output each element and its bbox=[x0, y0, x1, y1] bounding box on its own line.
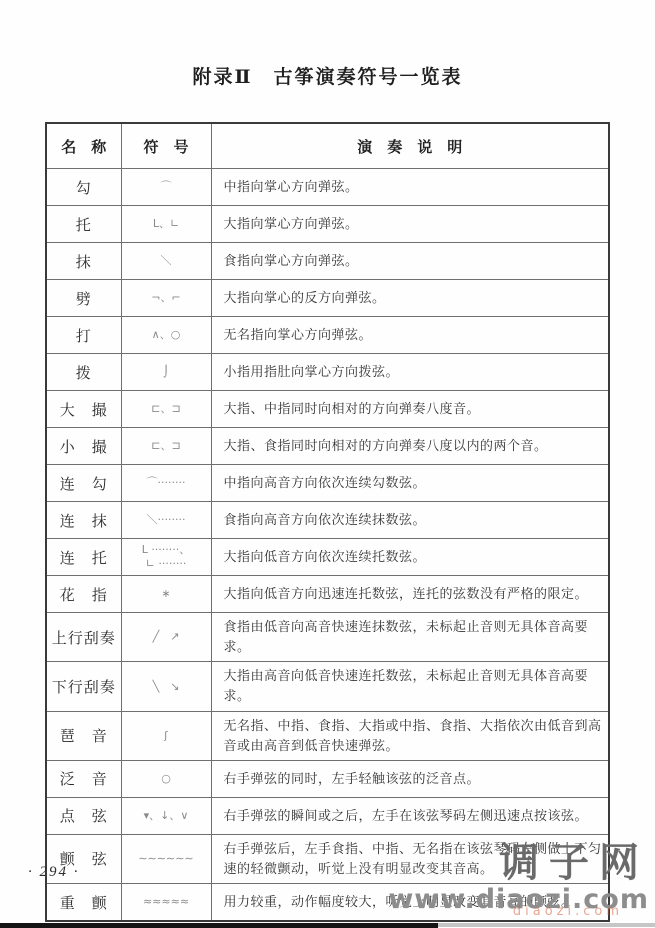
description-cell: 中指向高音方向依次连续勾数弦。 bbox=[211, 465, 609, 502]
table-row: 颤 弦∼∼∼∼∼∼右手弹弦后，左手食指、中指、无名指在该弦琴码左侧做上下匀速的轻… bbox=[46, 834, 609, 883]
description-cell: 大指、食指同时向相对的方向弹奏八度以内的两个音。 bbox=[211, 428, 609, 465]
table-row: 下行刮奏╲ ↘大指由高音向低音快速连托数弦，未标起止音则无具体音高要求。 bbox=[46, 662, 609, 711]
name-cell: 泛 音 bbox=[46, 760, 121, 797]
symbol-cell: ∼∼∼∼∼∼ bbox=[121, 834, 211, 883]
table-row: 小 撮⊏、⊐大指、食指同时向相对的方向弹奏八度以内的两个音。 bbox=[46, 428, 609, 465]
table-row: 抹＼食指向掌心方向弹弦。 bbox=[46, 243, 609, 280]
name-cell: 重 颤 bbox=[46, 884, 121, 922]
description-cell: 中指向掌心方向弹弦。 bbox=[211, 169, 609, 206]
table-row: 劈¬、⌐大指向掌心的反方向弹弦。 bbox=[46, 280, 609, 317]
symbol-cell: ¬、⌐ bbox=[121, 280, 211, 317]
table-row: 勾⌒中指向掌心方向弹弦。 bbox=[46, 169, 609, 206]
symbol-cell: ∗ bbox=[121, 576, 211, 613]
table-row: 大 撮⊏、⊐大指、中指同时向相对的方向弹奏八度音。 bbox=[46, 391, 609, 428]
name-cell: 琶 音 bbox=[46, 711, 121, 760]
symbol-cell: L、∟ bbox=[121, 206, 211, 243]
description-cell: 大指由高音向低音快速连托数弦，未标起止音则无具体音高要求。 bbox=[211, 662, 609, 711]
symbol-cell: ╱ ↗ bbox=[121, 613, 211, 662]
guzheng-symbols-table: 名 称 符 号 演 奏 说 明 勾⌒中指向掌心方向弹弦。托L、∟大指向掌心方向弹… bbox=[45, 122, 610, 922]
description-cell: 大指向掌心的反方向弹弦。 bbox=[211, 280, 609, 317]
description-cell: 大指向低音方向迅速连托数弦，连托的弦数没有严格的限定。 bbox=[211, 576, 609, 613]
symbol-cell: ＼········ bbox=[121, 502, 211, 539]
table-row: 连 抹＼········食指向高音方向依次连续抹数弦。 bbox=[46, 502, 609, 539]
description-cell: 食指向高音方向依次连续抹数弦。 bbox=[211, 502, 609, 539]
name-cell: 连 勾 bbox=[46, 465, 121, 502]
scan-edge-dark-line bbox=[0, 923, 438, 928]
page-title: 附录Ⅱ 古筝演奏符号一览表 bbox=[0, 62, 655, 89]
name-cell: 连 托 bbox=[46, 539, 121, 576]
symbol-cell: ⌡ bbox=[121, 354, 211, 391]
description-cell: 小指用指肚向掌心方向拨弦。 bbox=[211, 354, 609, 391]
table-row: 重 颤≈≈≈≈≈用力较重，动作幅度较大，听觉上明显改变其音高的颤弦。 bbox=[46, 884, 609, 922]
description-cell: 右手弹弦后，左手食指、中指、无名指在该弦琴码左侧做上下匀速的轻微颤动，听觉上没有… bbox=[211, 834, 609, 883]
description-cell: 大指向低音方向依次连续托数弦。 bbox=[211, 539, 609, 576]
table-row: 拨⌡小指用指肚向掌心方向拨弦。 bbox=[46, 354, 609, 391]
symbol-cell: ⊏、⊐ bbox=[121, 428, 211, 465]
name-cell: 劈 bbox=[46, 280, 121, 317]
symbol-cell: L ········、 ∟ ········ bbox=[121, 539, 211, 576]
description-cell: 食指由低音向高音快速连抹数弦，未标起止音则无具体音高要求。 bbox=[211, 613, 609, 662]
table-row: 上行刮奏╱ ↗食指由低音向高音快速连抹数弦，未标起止音则无具体音高要求。 bbox=[46, 613, 609, 662]
scan-edge-light-line bbox=[438, 923, 655, 927]
name-cell: 托 bbox=[46, 206, 121, 243]
name-cell: 连 抹 bbox=[46, 502, 121, 539]
table-row: 花 指∗大指向低音方向迅速连托数弦，连托的弦数没有严格的限定。 bbox=[46, 576, 609, 613]
table-row: 托L、∟大指向掌心方向弹弦。 bbox=[46, 206, 609, 243]
description-cell: 大指向掌心方向弹弦。 bbox=[211, 206, 609, 243]
col-header-description: 演 奏 说 明 bbox=[211, 123, 609, 169]
name-cell: 花 指 bbox=[46, 576, 121, 613]
description-cell: 右手弹弦的瞬间或之后，左手在该弦琴码左侧迅速点按该弦。 bbox=[211, 797, 609, 834]
symbol-cell: ⌒········ bbox=[121, 465, 211, 502]
symbol-cell: ⌒ bbox=[121, 169, 211, 206]
table-row: 泛 音○右手弹弦的同时，左手轻触该弦的泛音点。 bbox=[46, 760, 609, 797]
table-row: 琶 音ʃ无名指、中指、食指、大指或中指、食指、大指依次由低音到高音或由高音到低音… bbox=[46, 711, 609, 760]
name-cell: 小 撮 bbox=[46, 428, 121, 465]
table-row: 连 托L ········、 ∟ ········大指向低音方向依次连续托数弦。 bbox=[46, 539, 609, 576]
table-header-row: 名 称 符 号 演 奏 说 明 bbox=[46, 123, 609, 169]
name-cell: 抹 bbox=[46, 243, 121, 280]
description-cell: 无名指、中指、食指、大指或中指、食指、大指依次由低音到高音或由高音到低音快速弹弦… bbox=[211, 711, 609, 760]
symbol-cell: ▾、↓、∨ bbox=[121, 797, 211, 834]
symbol-cell: ʃ bbox=[121, 711, 211, 760]
col-header-name: 名 称 bbox=[46, 123, 121, 169]
description-cell: 大指、中指同时向相对的方向弹奏八度音。 bbox=[211, 391, 609, 428]
symbol-cell: ≈≈≈≈≈ bbox=[121, 884, 211, 922]
name-cell: 点 弦 bbox=[46, 797, 121, 834]
page-number: · 294 · bbox=[28, 864, 80, 881]
col-header-symbol: 符 号 bbox=[121, 123, 211, 169]
name-cell: 拨 bbox=[46, 354, 121, 391]
description-cell: 食指向掌心方向弹弦。 bbox=[211, 243, 609, 280]
name-cell: 上行刮奏 bbox=[46, 613, 121, 662]
table-row: 打∧、○无名指向掌心方向弹弦。 bbox=[46, 317, 609, 354]
symbol-cell: ＼ bbox=[121, 243, 211, 280]
table-row: 点 弦▾、↓、∨右手弹弦的瞬间或之后，左手在该弦琴码左侧迅速点按该弦。 bbox=[46, 797, 609, 834]
name-cell: 大 撮 bbox=[46, 391, 121, 428]
name-cell: 打 bbox=[46, 317, 121, 354]
description-cell: 用力较重，动作幅度较大，听觉上明显改变其音高的颤弦。 bbox=[211, 884, 609, 922]
name-cell: 勾 bbox=[46, 169, 121, 206]
symbol-cell: ∧、○ bbox=[121, 317, 211, 354]
description-cell: 右手弹弦的同时，左手轻触该弦的泛音点。 bbox=[211, 760, 609, 797]
name-cell: 下行刮奏 bbox=[46, 662, 121, 711]
table-row: 连 勾⌒········中指向高音方向依次连续勾数弦。 bbox=[46, 465, 609, 502]
symbol-cell: ╲ ↘ bbox=[121, 662, 211, 711]
symbol-cell: ○ bbox=[121, 760, 211, 797]
description-cell: 无名指向掌心方向弹弦。 bbox=[211, 317, 609, 354]
symbol-cell: ⊏、⊐ bbox=[121, 391, 211, 428]
